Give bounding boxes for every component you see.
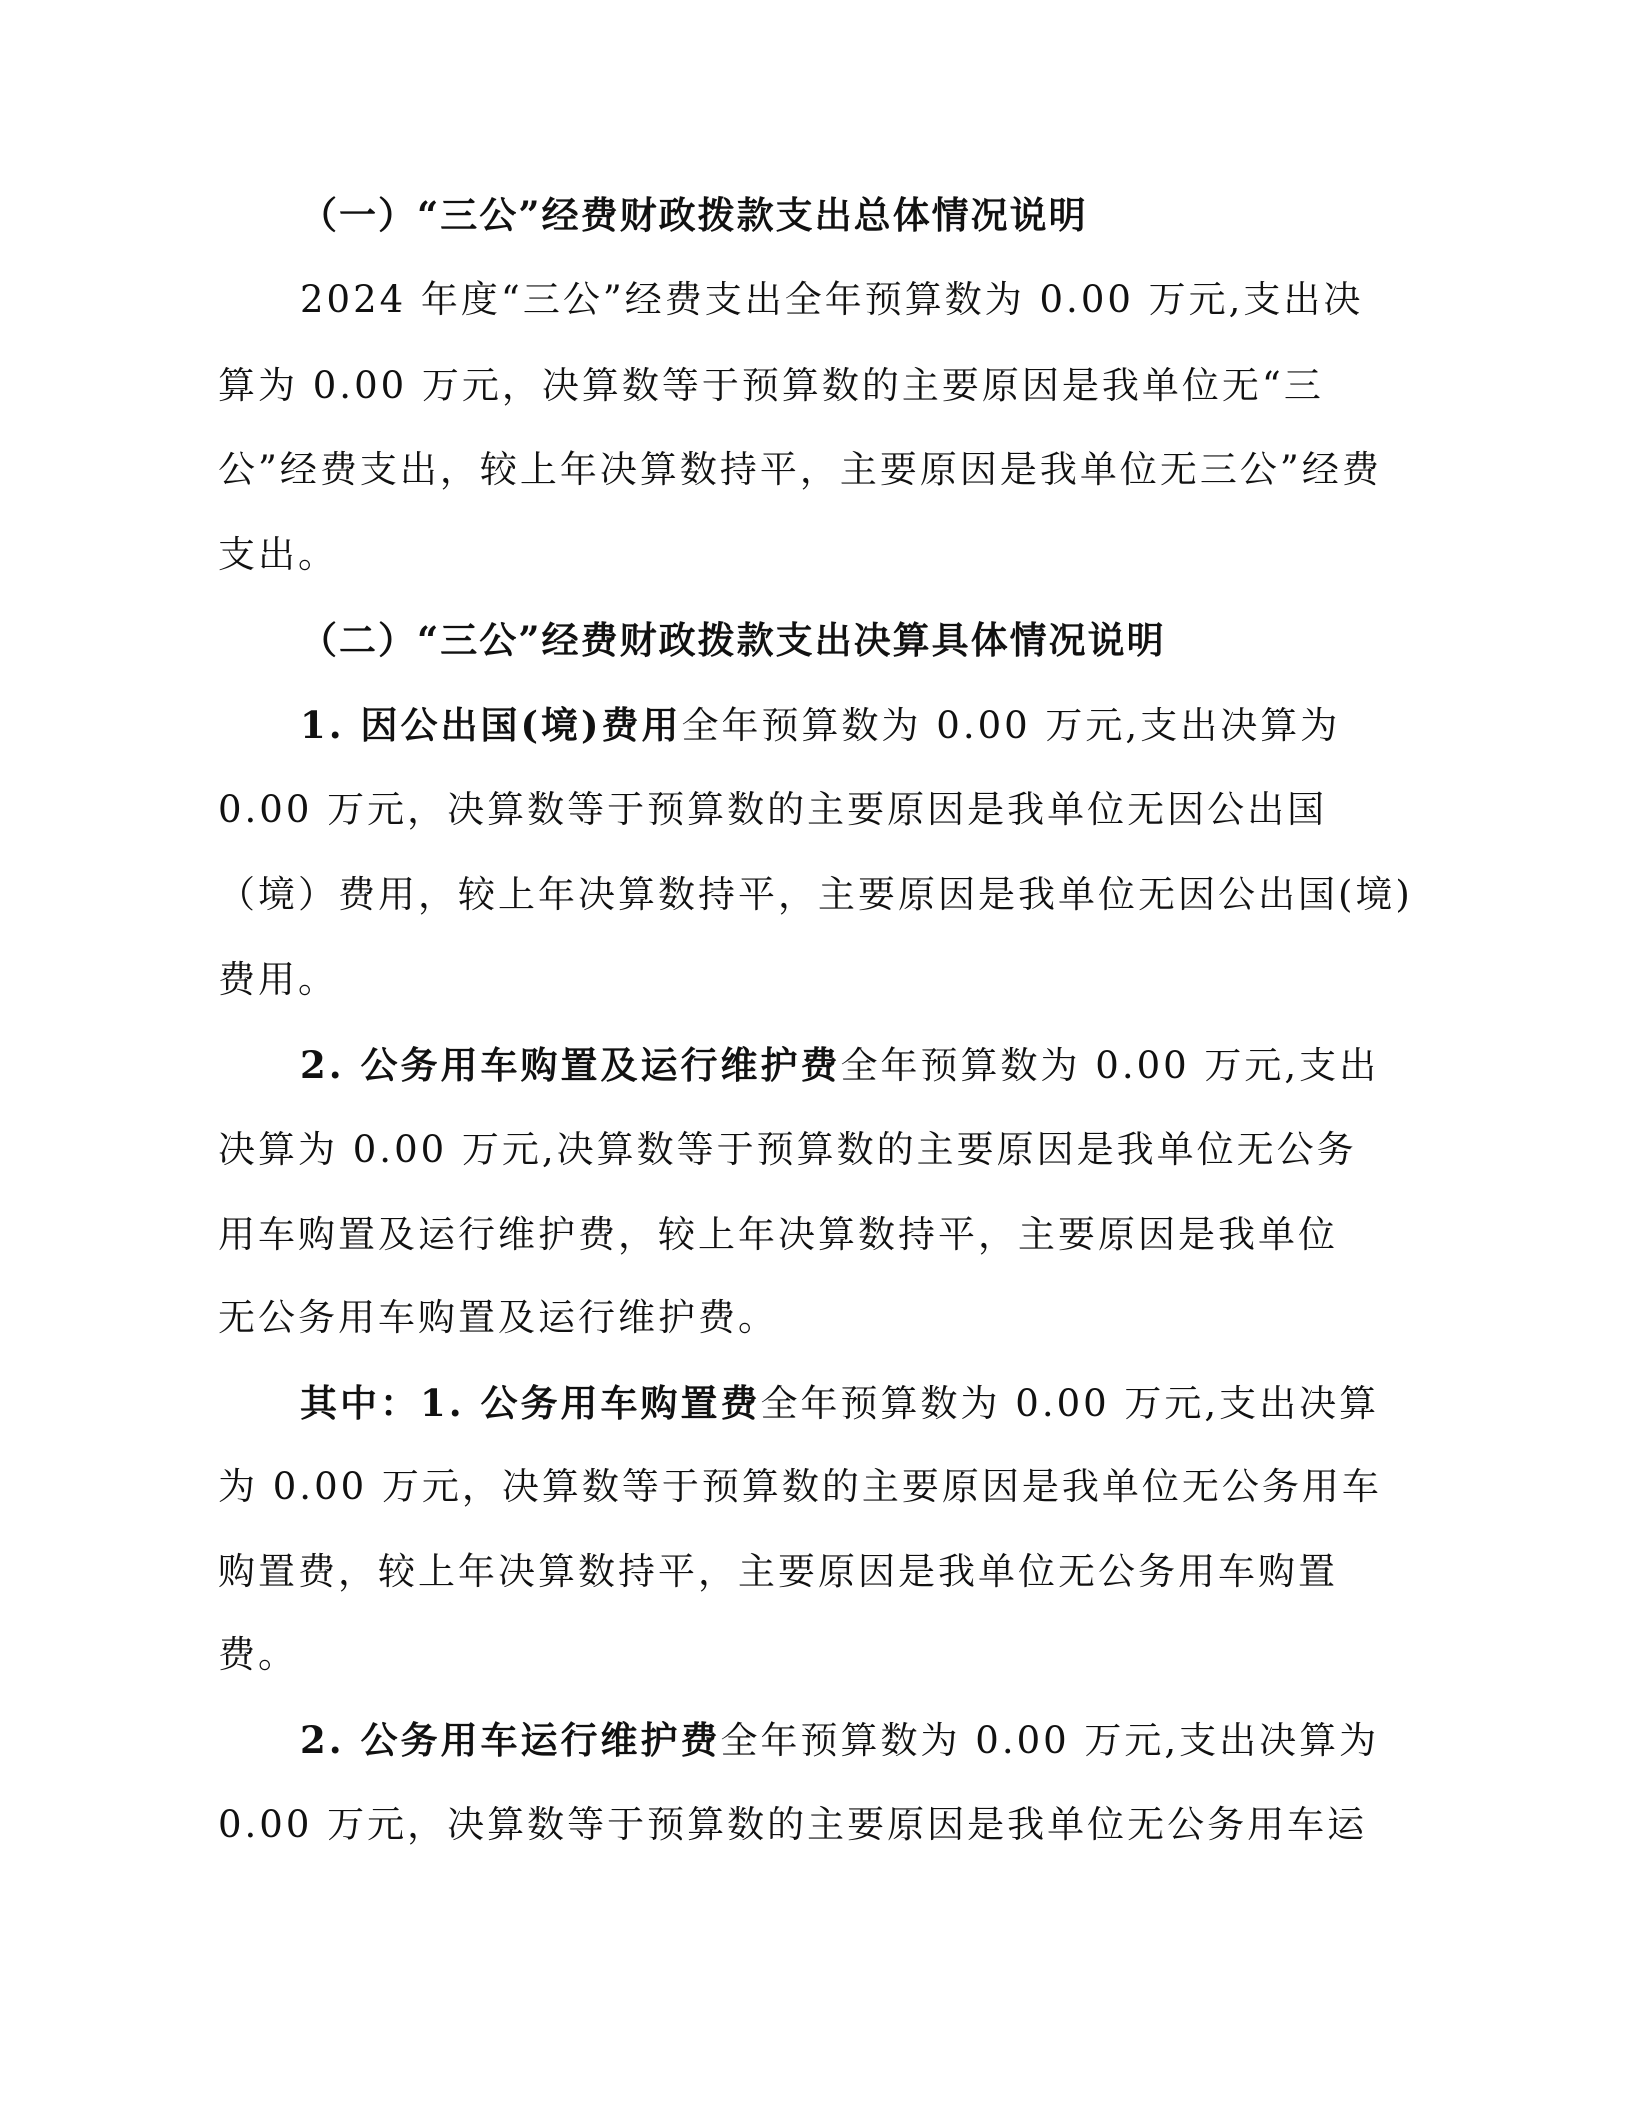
item-label: 1. 因公出国(境)费用 (300, 703, 682, 747)
paragraph-line: 费。 (218, 1625, 1418, 1685)
paragraph-line: 用车购置及运行维护费，较上年决算数持平，主要原因是我单位 (218, 1205, 1418, 1265)
item-vehicle-purchase-operation: 2. 公务用车购置及运行维护费全年预算数为 0.00 万元,支出 (300, 1035, 1500, 1095)
paragraph-line: 算为 0.00 万元，决算数等于预算数的主要原因是我单位无“三 (218, 356, 1418, 416)
item-overseas-travel: 1. 因公出国(境)费用全年预算数为 0.00 万元,支出决算为 (300, 695, 1500, 755)
paragraph-line: （境）费用，较上年决算数持平，主要原因是我单位无因公出国(境) (218, 865, 1418, 925)
subitem-vehicle-operation: 2. 公务用车运行维护费全年预算数为 0.00 万元,支出决算为 (300, 1710, 1500, 1770)
paragraph-line: 0.00 万元，决算数等于预算数的主要原因是我单位无因公出国 (218, 780, 1418, 840)
subitem-vehicle-purchase: 其中：1. 公务用车购置费全年预算数为 0.00 万元,支出决算 (300, 1373, 1500, 1433)
paragraph-line: 公”经费支出，较上年决算数持平，主要原因是我单位无三公”经费 (218, 440, 1418, 500)
paragraph-line: 购置费，较上年决算数持平，主要原因是我单位无公务用车购置 (218, 1542, 1418, 1602)
item-label: 2. 公务用车运行维护费 (300, 1718, 721, 1762)
section-heading-detail: （二）“三公”经费财政拨款支出决算具体情况说明 (300, 610, 1500, 670)
section-heading-overall: （一）“三公”经费财政拨款支出总体情况说明 (300, 185, 1500, 245)
item-text: 全年预算数为 0.00 万元,支出决算为 (721, 1719, 1380, 1762)
paragraph-line: 无公务用车购置及运行维护费。 (218, 1288, 1418, 1348)
paragraph-line: 决算为 0.00 万元,决算数等于预算数的主要原因是我单位无公务 (218, 1120, 1418, 1180)
item-text: 全年预算数为 0.00 万元,支出 (841, 1044, 1380, 1087)
item-text: 全年预算数为 0.00 万元,支出决算 (761, 1382, 1380, 1425)
paragraph-line: 支出。 (218, 525, 1418, 585)
paragraph-line: 费用。 (218, 950, 1418, 1010)
item-label: 其中：1. 公务用车购置费 (300, 1381, 761, 1425)
item-text: 全年预算数为 0.00 万元,支出决算为 (682, 704, 1341, 747)
paragraph-line: 0.00 万元，决算数等于预算数的主要原因是我单位无公务用车运 (218, 1795, 1418, 1855)
paragraph-line: 为 0.00 万元，决算数等于预算数的主要原因是我单位无公务用车 (218, 1457, 1418, 1517)
item-label: 2. 公务用车购置及运行维护费 (300, 1043, 841, 1087)
paragraph-line: 2024 年度“三公”经费支出全年预算数为 0.00 万元,支出决 (300, 270, 1418, 330)
document-page: （一）“三公”经费财政拨款支出总体情况说明 2024 年度“三公”经费支出全年预… (0, 0, 1632, 2112)
